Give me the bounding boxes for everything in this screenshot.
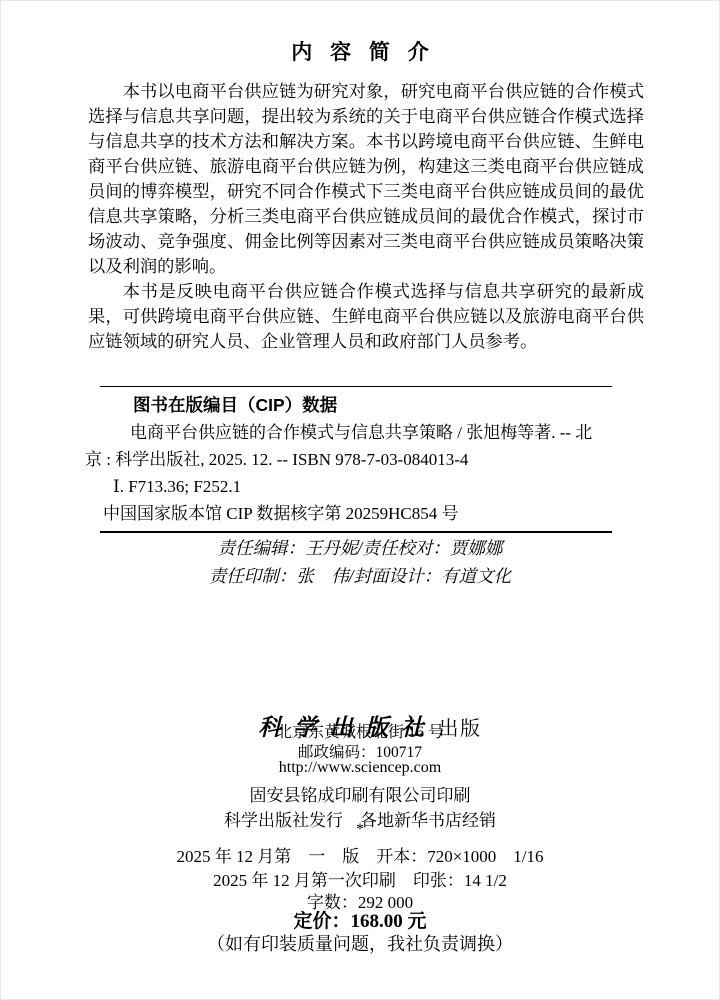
- intro-line: 商平台供应链、旅游电商平台供应链为例，构建这三类电商平台供应链成: [88, 154, 644, 179]
- intro-section: 本书以电商平台供应链为研究对象，研究电商平台供应链的合作模式 选择与信息共享问题…: [88, 79, 644, 354]
- cip-title-line: 电商平台供应链的合作模式与信息共享策略 / 张旭梅等著. -- 北: [130, 419, 625, 446]
- cip-registry-line: 中国国家版本馆 CIP 数据核字第 20259HC854 号: [103, 500, 625, 527]
- intro-line: 果，可供跨境电商平台供应链、生鲜电商平台供应链以及旅游电商平台供: [88, 304, 644, 329]
- intro-line: 员间的博弈模型，研究不同合作模式下三类电商平台供应链成员间的最优: [88, 179, 644, 204]
- credits-line-editors: 责任编辑：王丹妮/责任校对：贾娜娜: [0, 534, 720, 562]
- intro-line: 本书是反映电商平台供应链合作模式选择与信息共享研究的最新成: [88, 279, 644, 304]
- edition-line: 2025 年 12 月第 一 版 开本：720×1000 1/16: [0, 842, 720, 867]
- cip-section: 图书在版编目（CIP）数据 电商平台供应链的合作模式与信息共享策略 / 张旭梅等…: [85, 386, 625, 533]
- copyright-page: 内容简介 本书以电商平台供应链为研究对象，研究电商平台供应链的合作模式 选择与信…: [0, 0, 720, 1000]
- intro-line: 本书以电商平台供应链为研究对象，研究电商平台供应链的合作模式: [88, 79, 644, 104]
- address-line: 北京东黄城根北街 16 号: [0, 719, 720, 742]
- credits-section: 责任编辑：王丹妮/责任校对：贾娜娜 责任印制：张 伟/封面设计：有道文化: [0, 534, 720, 590]
- cip-isbn-line: 京 : 科学出版社, 2025. 12. -- ISBN 978-7-03-08…: [85, 446, 625, 473]
- intro-line: 以及利润的影响。: [88, 254, 644, 279]
- separator-star: *: [0, 821, 720, 839]
- page-title: 内容简介: [0, 36, 720, 66]
- quality-notice: （如有印装质量问题，我社负责调换）: [0, 930, 720, 956]
- intro-line: 场波动、竞争强度、佣金比例等因素对三类电商平台供应链成员策略决策: [88, 229, 644, 254]
- price-line: 定价：168.00 元: [0, 906, 720, 933]
- cip-class-line: Ⅰ. F713.36; F252.1: [113, 473, 625, 500]
- cip-heading: 图书在版编目（CIP）数据: [133, 394, 625, 416]
- intro-line: 选择与信息共享问题，提出较为系统的关于电商平台供应链合作模式选择: [88, 104, 644, 129]
- printer-line: 固安县铭成印刷有限公司印刷: [0, 781, 720, 806]
- credits-line-printing: 责任印制：张 伟/封面设计：有道文化: [0, 562, 720, 590]
- intro-line: 与信息共享的技术方法和解决方案。本书以跨境电商平台供应链、生鲜电: [88, 129, 644, 154]
- intro-line: 应链领域的研究人员、企业管理人员和政府部门人员参考。: [88, 329, 644, 354]
- cip-rule-top: [100, 386, 612, 387]
- website-url: http://www.sciencep.com: [0, 759, 720, 777]
- cip-rule-bottom: [100, 531, 612, 533]
- intro-line: 信息共享策略，分析三类电商平台供应链成员间的最优合作模式，探讨市: [88, 204, 644, 229]
